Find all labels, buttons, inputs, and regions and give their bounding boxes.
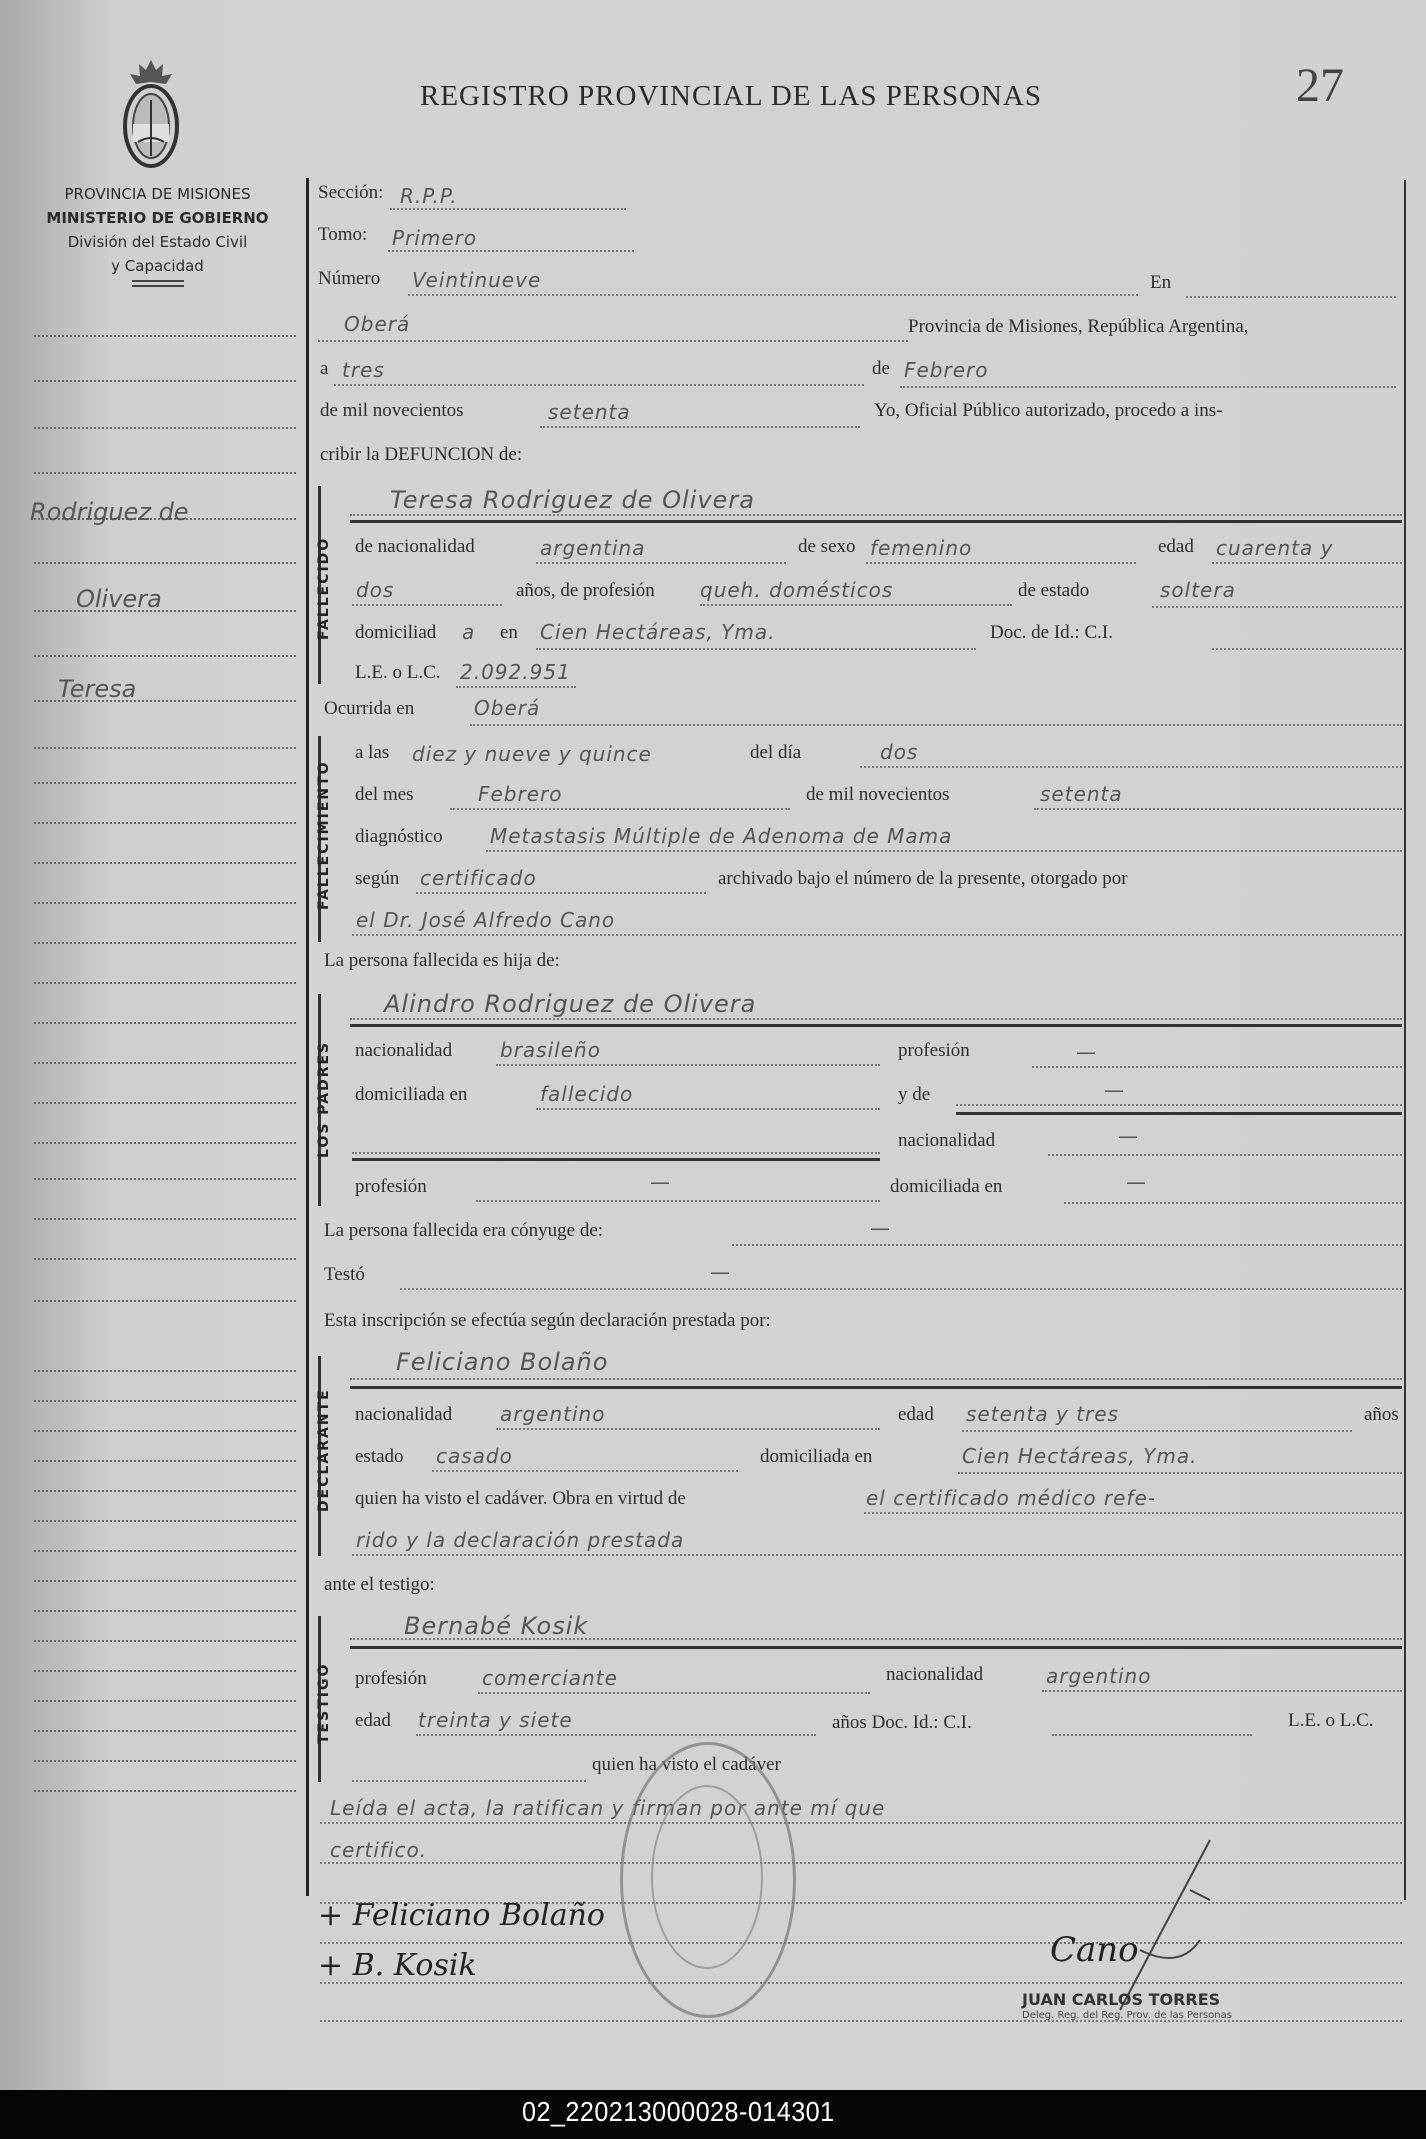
virtud-value: el certificado médico refe- [866, 1486, 1156, 1510]
padres-profesion2-label: profesión [355, 1176, 427, 1198]
document-page: REGISTRO PROVINCIAL DE LAS PERSONAS 27 P… [0, 0, 1426, 2090]
section-label-testigo: TESTIGO [316, 1663, 332, 1744]
day-value: tres [342, 358, 385, 382]
ministry-line-4: y Capacidad [20, 254, 295, 278]
archivado-text: archivado bajo el número de la presente,… [718, 868, 1128, 890]
padres-profesion-label: profesión [898, 1040, 970, 1062]
ministry-line-2: MINISTERIO DE GOBIERNO [20, 206, 295, 230]
seccion-label: Sección: [318, 182, 383, 204]
ministry-block: PROVINCIA DE MISIONES MINISTERIO DE GOBI… [20, 182, 295, 287]
official-name-stamp: JUAN CARLOS TORRES [1022, 1990, 1220, 2009]
section-label-padres: LOS PADRES [316, 1041, 332, 1158]
padres-profesion-value: — [1076, 1040, 1097, 1064]
seccion-value: R.P.P. [400, 184, 458, 208]
testo-label: Testó [324, 1264, 365, 1286]
virtud-value-2: rido y la declaración prestada [356, 1528, 684, 1552]
padres-intro: La persona fallecida es hija de: [324, 950, 560, 972]
conyuge-label: La persona fallecida era cónyuge de: [324, 1220, 603, 1242]
tomo-label: Tomo: [318, 224, 367, 246]
right-border [1404, 180, 1406, 1900]
padres-profesion2-value: — [650, 1170, 671, 1194]
testigo-name: Bernabé Kosik [404, 1612, 588, 1640]
testigo-nacionalidad-value: argentino [1046, 1664, 1151, 1688]
mes-label: del mes [355, 784, 414, 806]
section-label-declarante: DECLARANTE [316, 1388, 332, 1512]
padres-domiciliada-value: fallecido [540, 1082, 633, 1106]
section-label-fallecido: FALLECIDO [316, 537, 332, 640]
le-label: L.E. o L.C. [355, 662, 441, 684]
testigo-profesion-label: profesión [355, 1668, 427, 1690]
declarante-nacionalidad-label: nacionalidad [355, 1404, 452, 1426]
column-divider [306, 178, 309, 1896]
padres-nacionalidad2-label: nacionalidad [898, 1130, 995, 1152]
sexo-label: de sexo [798, 536, 856, 558]
y-de-label: y de [898, 1084, 930, 1106]
declarante-signature: + Feliciano Bolaño [318, 1898, 605, 1933]
en-label: En [1150, 272, 1171, 294]
numero-label: Número [318, 268, 380, 290]
testigo-edad-value: treinta y siete [418, 1708, 573, 1732]
edad-label: edad [1158, 536, 1194, 558]
y-de-value: — [1104, 1078, 1125, 1102]
testigo-nacionalidad-label: nacionalidad [886, 1664, 983, 1686]
dia-value: dos [880, 740, 918, 764]
dia-label: del día [750, 742, 801, 764]
nacionalidad-label: de nacionalidad [355, 536, 475, 558]
padres-nacionalidad-label: nacionalidad [355, 1040, 452, 1062]
diagnostico-value: Metastasis Múltiple de Adenoma de Mama [490, 824, 952, 848]
margin-given-name: Teresa [58, 675, 136, 703]
medico-value: el Dr. José Alfredo Cano [356, 908, 615, 932]
domicilio-en-label: en [500, 622, 518, 644]
declarante-domiciliada-label: domiciliada en [760, 1446, 872, 1468]
edad-value-2: dos [356, 578, 394, 602]
declarante-anos-label: años [1364, 1404, 1399, 1426]
anos-profesion-label: años, de profesión [516, 580, 655, 602]
conyuge-value: — [870, 1216, 891, 1240]
testigo-le-label: L.E. o L.C. [1288, 1710, 1374, 1732]
padres-domiciliada-label: domiciliada en [355, 1084, 467, 1106]
sexo-value: femenino [870, 536, 972, 560]
deceased-name: Teresa Rodriguez de Olivera [390, 486, 755, 514]
tomo-value: Primero [392, 226, 477, 250]
hora-value: diez y nueve y quince [412, 742, 652, 766]
closing-line-2: certifico. [330, 1838, 427, 1862]
le-value: 2.092.951 [460, 660, 571, 684]
closing-line-1: Leída el acta, la ratifican y firman por… [330, 1796, 885, 1820]
testigo-edad-label: edad [355, 1710, 391, 1732]
testigo-intro: ante el testigo: [324, 1574, 435, 1596]
coat-of-arms-icon [118, 56, 184, 174]
diagnostico-label: diagnóstico [355, 826, 443, 848]
declarante-edad-label: edad [898, 1404, 934, 1426]
place-value: Oberá [344, 312, 410, 336]
nacionalidad-value: argentina [540, 536, 645, 560]
ocurrida-value: Oberá [474, 696, 540, 720]
scan-footer-bar: 02_220213000028-014301 [0, 2090, 1426, 2139]
image-id-label: 02_220213000028-014301 [522, 2096, 835, 2128]
segun-value: certificado [420, 866, 537, 890]
domicilio-suffix: a [462, 620, 475, 644]
anio-label: de mil novecientos [806, 784, 950, 806]
testo-value: — [710, 1260, 731, 1284]
official-title-stamp: Deleg. Reg. del Reg. Prov. de las Person… [1022, 2010, 1232, 2021]
declarante-edad-value: setenta y tres [966, 1402, 1119, 1426]
declarante-name: Feliciano Bolaño [396, 1348, 608, 1376]
declarante-intro: Esta inscripción se efectúa según declar… [324, 1310, 771, 1332]
ocurrida-label: Ocurrida en [324, 698, 414, 720]
ministry-line-3: División del Estado Civil [20, 230, 295, 254]
officer-text: Yo, Oficial Público autorizado, procedo … [874, 400, 1222, 422]
page-number: 27 [1296, 58, 1344, 113]
inscribe-text: cribir la DEFUNCION de: [320, 444, 522, 466]
a-label: a [320, 358, 328, 380]
de-label: de [872, 358, 890, 380]
declarante-estado-label: estado [355, 1446, 404, 1468]
edad-value: cuarenta y [1216, 536, 1333, 560]
virtud-label: quien ha visto el cadáver. Obra en virtu… [355, 1488, 686, 1510]
ministry-line-1: PROVINCIA DE MISIONES [20, 182, 295, 206]
testigo-doc-label: años Doc. Id.: C.I. [832, 1712, 972, 1734]
padres-nacionalidad2-value: — [1118, 1124, 1139, 1148]
testigo-profesion-value: comerciante [482, 1666, 618, 1690]
domicilio-label: domiciliad [355, 622, 436, 644]
doc-label: Doc. de Id.: C.I. [990, 622, 1113, 644]
margin-surname-2: Olivera [76, 585, 162, 613]
hora-label: a las [355, 742, 389, 764]
official-seal [620, 1742, 796, 2018]
padres-nacionalidad-value: brasileño [500, 1038, 601, 1062]
declarante-nacionalidad-value: argentino [500, 1402, 605, 1426]
page-title: REGISTRO PROVINCIAL DE LAS PERSONAS [420, 80, 1042, 113]
padres-domiciliada2-label: domiciliada en [890, 1176, 1002, 1198]
numero-value: Veintinueve [412, 268, 541, 292]
year-value: setenta [548, 400, 631, 424]
estado-value: soltera [1160, 578, 1236, 602]
declarante-estado-value: casado [436, 1444, 513, 1468]
declarante-domiciliada-value: Cien Hectáreas, Yma. [962, 1444, 1198, 1468]
mes-value: Febrero [478, 782, 563, 806]
profesion-value: queh. domésticos [700, 578, 893, 602]
estado-label: de estado [1018, 580, 1089, 602]
segun-label: según [355, 868, 399, 890]
month-value: Febrero [904, 358, 989, 382]
anio-value: setenta [1040, 782, 1123, 806]
padres-domiciliada2-value: — [1126, 1170, 1147, 1194]
double-rule [132, 280, 184, 287]
margin-surname: Rodriguez de [30, 498, 189, 526]
padre-name: Alindro Rodriguez de Olivera [384, 990, 756, 1018]
testigo-signature: + B. Kosik [318, 1948, 477, 1983]
province-text: Provincia de Misiones, República Argenti… [908, 316, 1249, 338]
year-label: de mil novecientos [320, 400, 464, 422]
section-label-fallecimiento: FALLECIMIENTO [316, 760, 332, 910]
domicilio-value: Cien Hectáreas, Yma. [540, 620, 776, 644]
